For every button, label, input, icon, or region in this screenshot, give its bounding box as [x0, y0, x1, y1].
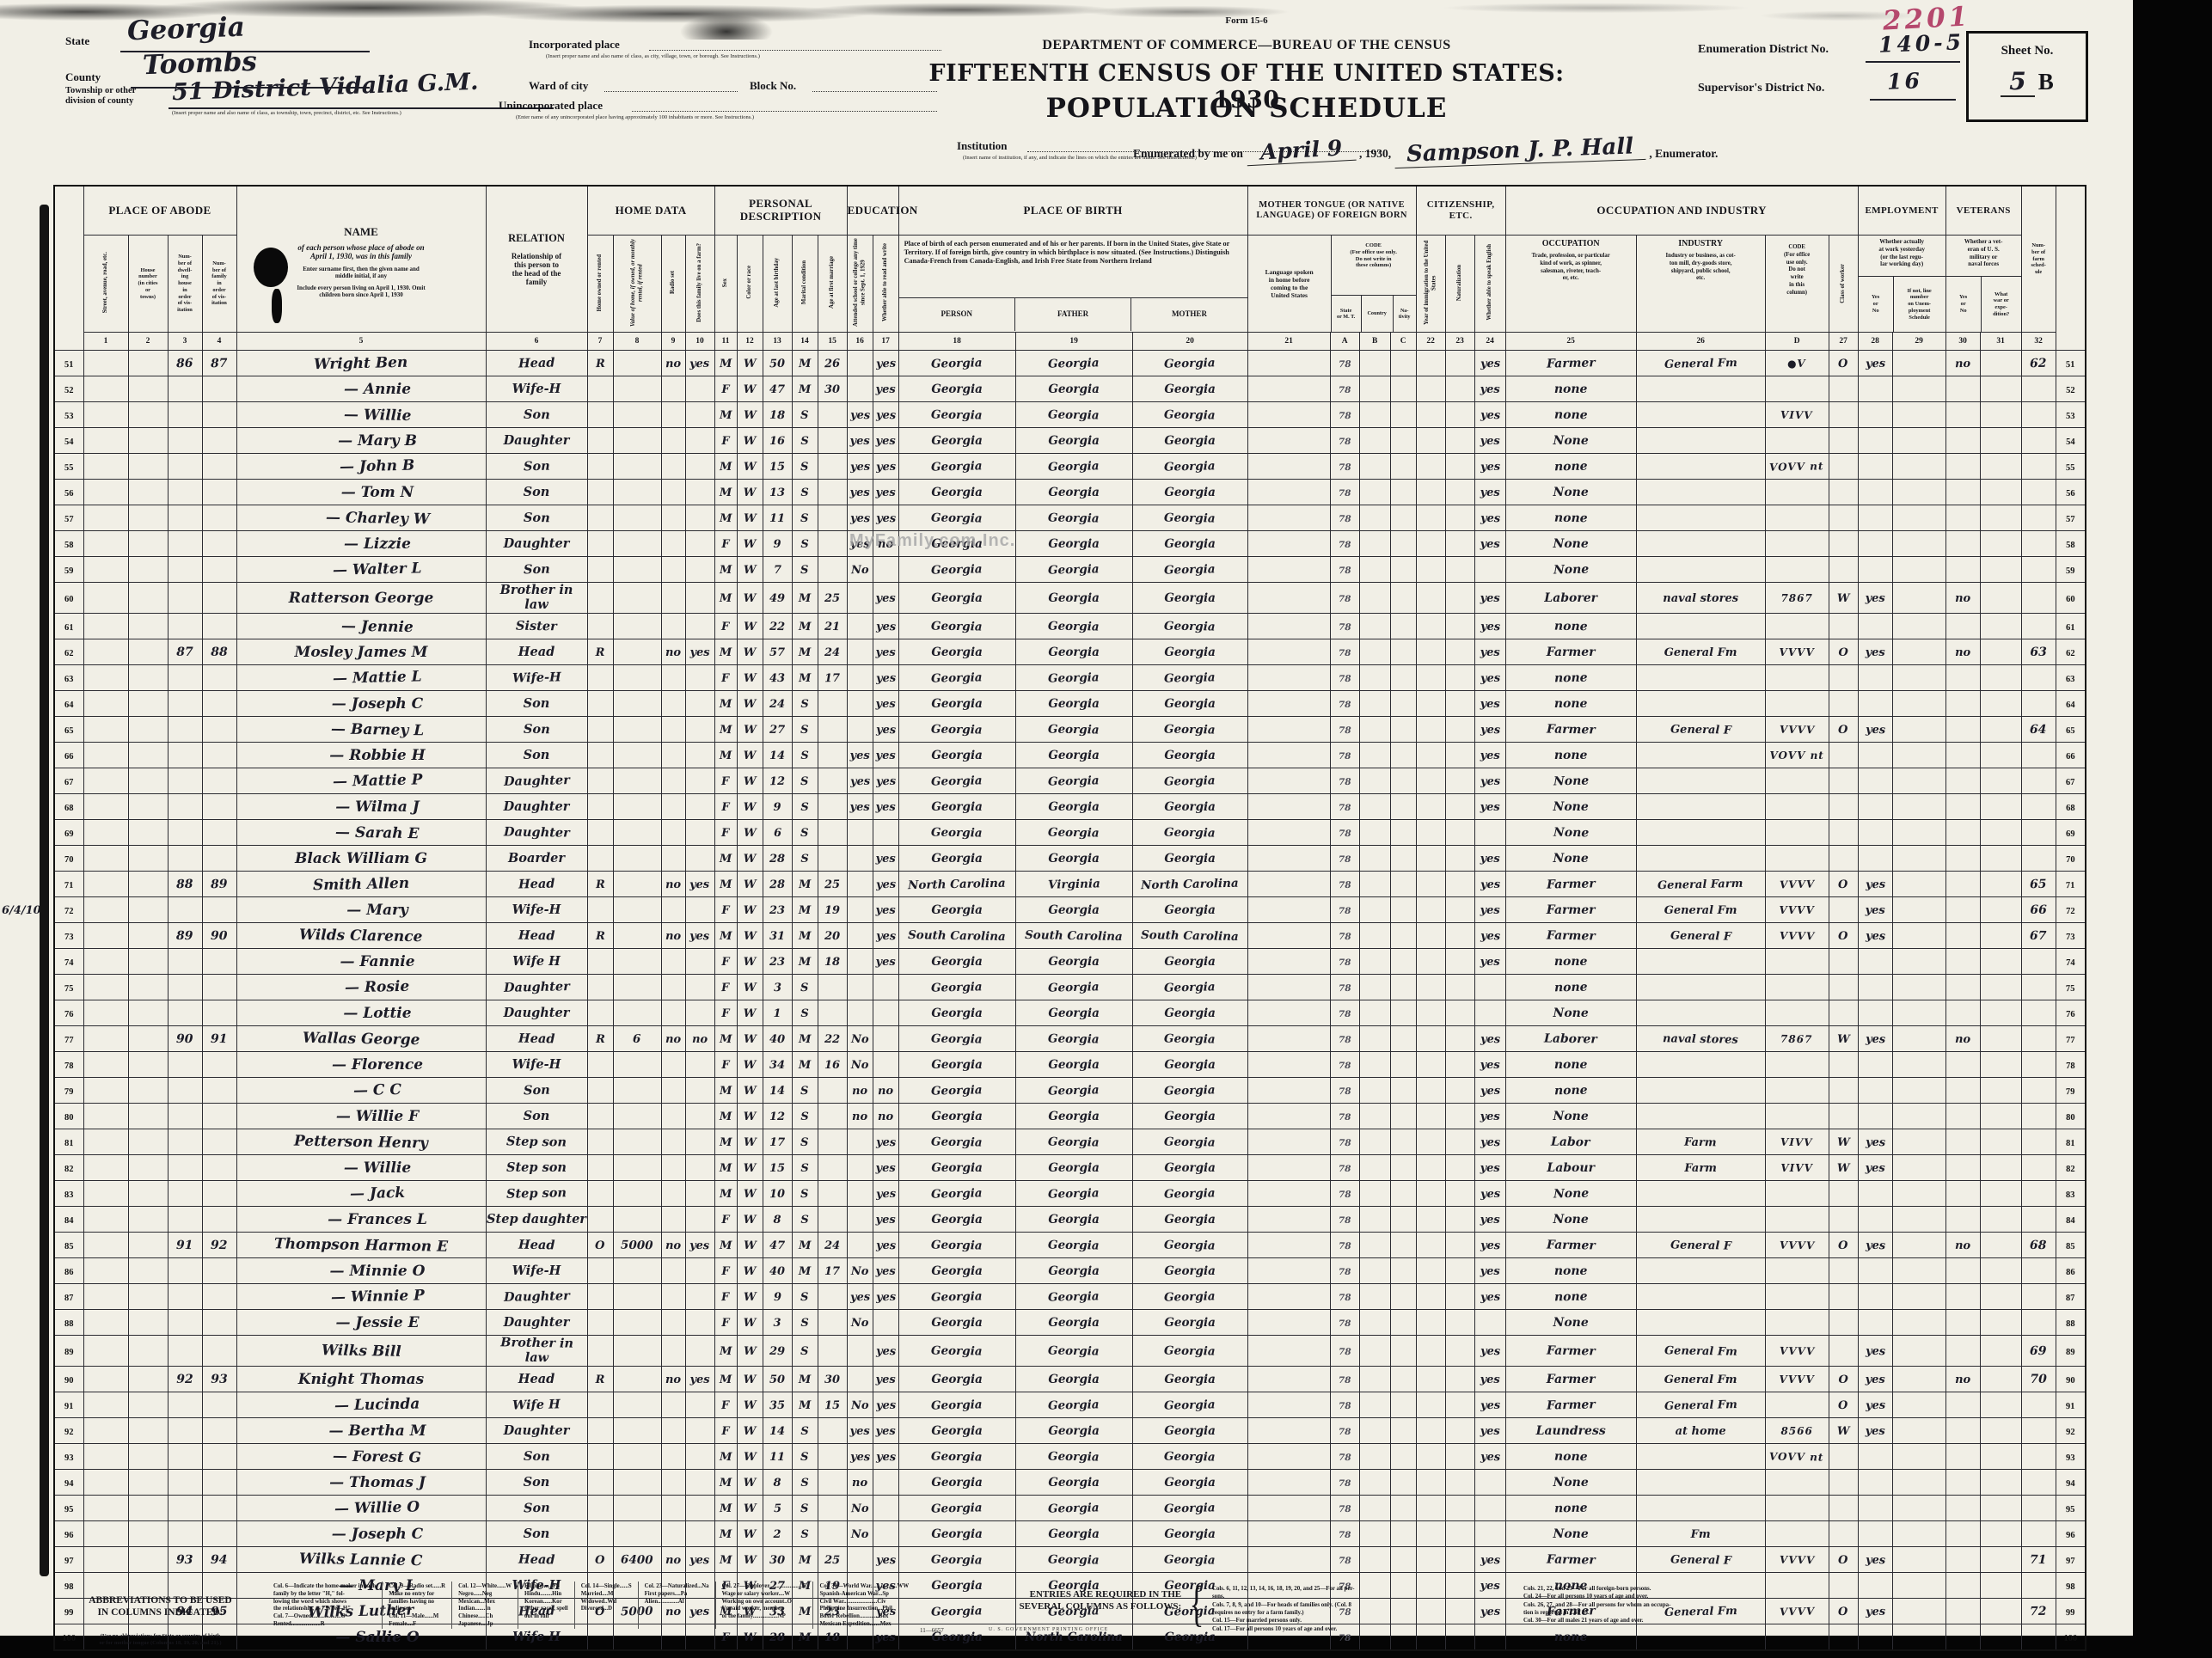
value-nm: — Walter L [300, 560, 422, 579]
cell-s2 [128, 820, 168, 846]
value-ag: 5 [773, 1502, 781, 1514]
cell-cw [1829, 1000, 1858, 1026]
value-rl: Daughter [504, 433, 570, 448]
cell-cn [1390, 975, 1416, 1000]
cell-cr: W [737, 1310, 763, 1336]
value-ms: S [800, 1162, 808, 1175]
cell-rl: Head [486, 1367, 587, 1392]
cell-bm: Georgia [1132, 505, 1247, 531]
column-number-4: 4 [202, 333, 236, 351]
value-in: General Fm [1664, 357, 1737, 371]
cell-cd [1765, 975, 1829, 1000]
cell-sc [847, 614, 873, 639]
cell-en: yes [1474, 1233, 1505, 1258]
cell-sx: M [714, 1336, 737, 1367]
column-code-a: State or M. T. [1332, 296, 1362, 332]
cell-vl [613, 1496, 661, 1521]
cell-cw [1829, 402, 1858, 428]
cell-cd: VOVV nt [1765, 454, 1829, 480]
cell-d [168, 1336, 202, 1367]
cell-em: yes [1858, 1418, 1892, 1444]
cell-ul [1892, 691, 1945, 717]
cell-fs [2021, 691, 2056, 717]
cell-oc: Laundress [1505, 1418, 1636, 1444]
value-ms: S [800, 1290, 809, 1303]
cell-vt [1945, 454, 1980, 480]
cell-rd: no [661, 923, 685, 949]
cell-cw [1829, 1104, 1858, 1129]
value-rw: yes [876, 1374, 896, 1386]
value-bp: Georgia [931, 1264, 983, 1278]
cell-d [168, 1258, 202, 1284]
cell-bp: Georgia [898, 1284, 1015, 1310]
cell-cn [1390, 531, 1416, 557]
value-fm: yes [689, 878, 709, 891]
cell-cw [1829, 1521, 1858, 1547]
cell-fs [2021, 743, 2056, 768]
cell-rl: Son [486, 1470, 587, 1496]
cell-cw [1829, 1078, 1858, 1104]
cell-cr: W [737, 820, 763, 846]
value-bf: South Carolina [1025, 928, 1123, 944]
value-ms: M [799, 878, 812, 890]
cell-in [1636, 505, 1765, 531]
cell-in [1636, 1078, 1765, 1104]
value-cr: W [744, 1007, 757, 1020]
value-en: yes [1480, 646, 1500, 659]
value-rl: Son [524, 696, 550, 711]
cell-yi [1416, 1155, 1445, 1181]
value-en: yes [1480, 1425, 1500, 1438]
cell-nt2 [1445, 531, 1474, 557]
cell-d [168, 1521, 202, 1547]
value-em: yes [1865, 1398, 1884, 1412]
cell-rw: yes [873, 743, 898, 768]
cell-n: 61 [54, 614, 83, 639]
value-sx: M [720, 357, 732, 370]
cell-cd: 7867 [1765, 583, 1829, 614]
cell-cd [1765, 794, 1829, 820]
value-sx: M [720, 723, 732, 736]
column-house-number: House number (in cities or towns) [128, 236, 168, 333]
cell-am [818, 794, 847, 820]
value-nm: Mosley James M [295, 644, 428, 661]
cell-ul [1892, 480, 1945, 505]
value-bp: Georgia [931, 591, 983, 605]
value-in: Fm [1691, 1528, 1711, 1541]
value-nm: — John B [307, 456, 415, 476]
cell-bp: Georgia [898, 1129, 1015, 1155]
cell-em [1858, 480, 1892, 505]
value-ms: S [800, 749, 808, 762]
cell-n: 97 [54, 1547, 83, 1573]
cell-in [1636, 1207, 1765, 1233]
value-nm: — Thomas J [297, 1474, 426, 1491]
value-n2: 100 [2064, 1634, 2078, 1643]
cell-s2 [128, 1258, 168, 1284]
value-en: yes [1480, 1110, 1500, 1123]
cell-fm [685, 897, 714, 923]
value-bm: Georgia [1164, 1501, 1216, 1515]
cell-n2: 93 [2056, 1444, 2086, 1470]
value-cr: W [744, 723, 757, 736]
cell-rd [661, 743, 685, 768]
cell-n2: 92 [2056, 1418, 2086, 1444]
cell-bp: Georgia [898, 1496, 1015, 1521]
cell-rd [661, 1444, 685, 1470]
cell-cc [1359, 1078, 1390, 1104]
block-label: Block No. [750, 79, 796, 93]
cell-rw [873, 1000, 898, 1026]
value-rd: no [665, 878, 681, 890]
cell-sc: yes [847, 768, 873, 794]
cell-vl [613, 949, 661, 975]
value-ag: 14 [769, 1425, 785, 1438]
cell-in: Farm [1636, 1129, 1765, 1155]
value-nm: — Willie [311, 1159, 411, 1177]
cell-cb: 78 [1330, 1284, 1359, 1310]
entries-right: Cols. 21, 22, and 23—For all foreign-bor… [1520, 1582, 1823, 1625]
value-ms: S [800, 1187, 809, 1200]
cell-s2 [128, 1207, 168, 1233]
cell-cr: W [737, 1129, 763, 1155]
cell-in: General Fm [1636, 1336, 1765, 1367]
cell-f [202, 1444, 236, 1470]
value-n: 71 [64, 880, 74, 890]
column-number-30: 30 [1945, 333, 1980, 351]
cell-n2: 76 [2056, 1000, 2086, 1026]
cell-fm [685, 665, 714, 691]
value-bf: Georgia [1048, 903, 1100, 917]
cell-rd [661, 454, 685, 480]
value-n: 54 [64, 437, 74, 447]
cell-d: 86 [168, 351, 202, 376]
cell-sx: M [714, 872, 737, 897]
value-bm: Georgia [1164, 619, 1216, 633]
value-bp: Georgia [931, 486, 983, 499]
cell-ag: 16 [763, 428, 792, 454]
value-nm: — Jack [317, 1184, 406, 1202]
cell-cn [1390, 402, 1416, 428]
cell-en: yes [1474, 665, 1505, 691]
cell-bm: Georgia [1132, 402, 1247, 428]
value-sx: F [721, 671, 730, 684]
value-am: 30 [824, 1374, 840, 1386]
cell-in [1636, 1310, 1765, 1336]
cell-ul [1892, 1310, 1945, 1336]
cell-rd [661, 1336, 685, 1367]
cell-n2: 72 [2056, 897, 2086, 923]
unincorporated-note: (Enter name of any unincorporated place … [516, 114, 920, 120]
column-number-13: 13 [763, 333, 792, 351]
cell-rw: yes [873, 949, 898, 975]
value-oc: None [1553, 1186, 1589, 1201]
cell-yi [1416, 1258, 1445, 1284]
cell-bm: North Carolina [1132, 872, 1247, 897]
value-cb: 78 [1339, 776, 1351, 786]
value-ag: 23 [769, 956, 785, 969]
value-bp: Georgia [931, 1527, 983, 1541]
value-sx: F [721, 1265, 729, 1278]
cell-f [202, 1181, 236, 1207]
cell-n2: 83 [2056, 1181, 2086, 1207]
cell-fm [685, 1392, 714, 1418]
value-bf: Georgia [1048, 800, 1100, 814]
cell-cn [1390, 691, 1416, 717]
cell-em [1858, 794, 1892, 820]
value-cb: 78 [1339, 1318, 1351, 1329]
cell-ul [1892, 1233, 1945, 1258]
cell-sc: No [847, 1496, 873, 1521]
cell-bp: Georgia [898, 1418, 1015, 1444]
value-cd: VIVV [1780, 1135, 1813, 1148]
census-row-line-60: 60Ratterson GeorgeBrother in lawMW49M25y… [54, 583, 2086, 614]
value-cw: O [1838, 1398, 1848, 1411]
cell-rl: Daughter [486, 1000, 587, 1026]
cell-vt [1945, 531, 1980, 557]
cell-cw: O [1829, 1233, 1858, 1258]
value-rw: yes [876, 1214, 896, 1227]
cell-vt [1945, 897, 1980, 923]
cell-sx: F [714, 897, 737, 923]
value-oc: none [1554, 619, 1588, 633]
cell-sx: M [714, 402, 737, 428]
cell-vt [1945, 846, 1980, 872]
value-cr: W [744, 1135, 757, 1148]
cell-rl: Son [486, 480, 587, 505]
value-en: yes [1480, 904, 1500, 917]
cell-bf: Georgia [1015, 428, 1132, 454]
cell-wr [1980, 402, 2021, 428]
cell-am: 25 [818, 872, 847, 897]
cell-sc [847, 1129, 873, 1155]
cell-bf: Georgia [1015, 1000, 1132, 1026]
cell-nm: Ratterson George [236, 583, 486, 614]
cell-yi [1416, 1521, 1445, 1547]
value-n: 64 [64, 701, 74, 710]
census-row-line-89: 89Wilks BillBrother in lawMW29SyesGeorgi… [54, 1336, 2086, 1367]
cell-em: yes [1858, 583, 1892, 614]
code-abc-label: CODE (For office use only. Do not write … [1332, 236, 1416, 295]
cell-bm: Georgia [1132, 428, 1247, 454]
value-sx: M [720, 1084, 732, 1097]
value-rw: yes [875, 774, 895, 788]
cell-cr: W [737, 1052, 763, 1078]
value-vt: no [1955, 1239, 1970, 1251]
value-bm: Georgia [1164, 486, 1216, 499]
cell-cc [1359, 376, 1390, 402]
cell-lg [1247, 1336, 1330, 1367]
cell-rw: yes [873, 428, 898, 454]
cell-bp: Georgia [898, 846, 1015, 872]
value-bp: Georgia [931, 722, 983, 737]
value-sx: M [720, 929, 732, 942]
cell-sx: F [714, 1052, 737, 1078]
cell-en: yes [1474, 897, 1505, 923]
cell-rw: yes [873, 665, 898, 691]
cell-en [1474, 1000, 1505, 1026]
value-n: 95 [64, 1504, 74, 1514]
cell-ms: S [792, 480, 818, 505]
cell-bp: Georgia [898, 1547, 1015, 1573]
value-ms: M [799, 620, 812, 633]
cell-ul [1892, 1258, 1945, 1284]
value-cd: 7867 [1780, 592, 1812, 604]
cell-vl [613, 639, 661, 665]
cell-wr [1980, 1496, 2021, 1521]
cell-am [818, 1284, 847, 1310]
cell-f [202, 583, 236, 614]
value-in: General F [1670, 1239, 1731, 1252]
cell-am [818, 717, 847, 743]
cell-en: yes [1474, 1207, 1505, 1233]
cell-cd: VVVV [1765, 639, 1829, 665]
value-nm: Wilks Bill [321, 1342, 401, 1361]
cell-s2 [128, 531, 168, 557]
value-cr: W [744, 1398, 757, 1411]
cell-yi [1416, 1310, 1445, 1336]
cell-cb: 78 [1330, 351, 1359, 376]
value-bf: Georgia [1048, 749, 1100, 762]
cell-ag: 15 [763, 454, 792, 480]
cell-cb: 78 [1330, 949, 1359, 975]
value-en: yes [1480, 1290, 1499, 1304]
cell-en: yes [1474, 614, 1505, 639]
value-ag: 14 [769, 749, 785, 762]
cell-rl: Son [486, 557, 587, 583]
cell-oc: None [1505, 480, 1636, 505]
cell-fs [2021, 1078, 2056, 1104]
cell-oc: None [1505, 428, 1636, 454]
value-sx: M [720, 878, 732, 890]
cell-sx: M [714, 717, 737, 743]
cell-am [818, 1336, 847, 1367]
cell-s1 [83, 376, 128, 402]
value-cb: 78 [1339, 358, 1351, 369]
value-sx: M [720, 1374, 732, 1386]
cell-nt2 [1445, 1026, 1474, 1052]
value-oc: Farmer [1547, 1343, 1596, 1358]
value-oc: Farmer [1547, 1552, 1596, 1567]
value-bm: Georgia [1164, 800, 1216, 814]
cell-cw [1829, 949, 1858, 975]
cell-ag: 40 [763, 1026, 792, 1052]
cell-vl: 6 [613, 1026, 661, 1052]
cell-fs [2021, 1026, 2056, 1052]
cell-in [1636, 1052, 1765, 1078]
cell-lg [1247, 1233, 1330, 1258]
column-number-31: 31 [1980, 333, 2021, 351]
cell-cc [1359, 1444, 1390, 1470]
value-ms: S [800, 1502, 809, 1514]
value-f: 90 [211, 928, 228, 942]
cell-rl: Head [486, 351, 587, 376]
value-oc: None [1553, 562, 1589, 577]
cell-rl: Sister [486, 614, 587, 639]
value-n: 52 [64, 386, 74, 395]
value-ms: S [800, 460, 809, 473]
cell-cd [1765, 820, 1829, 846]
cell-rl: Step son [486, 1155, 587, 1181]
cell-em: yes [1858, 1129, 1892, 1155]
cell-cn [1390, 717, 1416, 743]
cell-s2 [128, 1181, 168, 1207]
cell-cn [1390, 1310, 1416, 1336]
value-nm: Knight Thomas [298, 1371, 425, 1388]
value-cb: 78 [1339, 700, 1351, 710]
cell-oc: None [1505, 1104, 1636, 1129]
cell-cc [1359, 1181, 1390, 1207]
cell-wr [1980, 897, 2021, 923]
group-employment: EMPLOYMENT [1858, 186, 1945, 236]
value-cw: O [1838, 1374, 1847, 1386]
value-rd: no [665, 929, 681, 942]
cell-vt [1945, 1392, 1980, 1418]
value-bm: Georgia [1164, 511, 1216, 525]
cell-f [202, 1284, 236, 1310]
value-bf: Georgia [1048, 1083, 1100, 1098]
cell-s1 [83, 583, 128, 614]
cell-sc: No [847, 1026, 873, 1052]
column-color-race: Color or race [737, 236, 763, 333]
cell-yi [1416, 1181, 1445, 1207]
cell-n2: 84 [2056, 1207, 2086, 1233]
cell-n2: 87 [2056, 1284, 2086, 1310]
value-oc: Farmer [1547, 928, 1596, 943]
cell-cn [1390, 557, 1416, 583]
cell-am [818, 557, 847, 583]
value-ag: 40 [769, 1265, 785, 1278]
cell-bp: Georgia [898, 1367, 1015, 1392]
cell-en: yes [1474, 1547, 1505, 1573]
cell-nm: Wright Ben [236, 351, 486, 376]
value-vt: no [1955, 646, 1970, 659]
value-rw: yes [876, 1265, 896, 1278]
abbreviations-title: ABBREVIATIONS TO BE USED IN COLUMNS INDI… [59, 1595, 261, 1619]
cell-cn [1390, 897, 1416, 923]
cell-in [1636, 665, 1765, 691]
cell-cd [1765, 480, 1829, 505]
cell-cw: O [1829, 639, 1858, 665]
cell-cw [1829, 1284, 1858, 1310]
cell-fs [2021, 1104, 2056, 1129]
cell-nm: — Jessie E [236, 1310, 486, 1336]
value-ag: 50 [769, 1374, 785, 1386]
value-cr: W [744, 1214, 757, 1227]
sd-value: 16 [1887, 68, 1923, 94]
cell-d [168, 665, 202, 691]
cell-lg [1247, 846, 1330, 872]
value-n: 91 [64, 1401, 74, 1410]
cell-bp: Georgia [898, 975, 1015, 1000]
cell-bm: Georgia [1132, 639, 1247, 665]
cell-n2: 66 [2056, 743, 2086, 768]
cell-rd [661, 1129, 685, 1155]
cell-bf: Georgia [1015, 351, 1132, 376]
cell-cr: W [737, 872, 763, 897]
cell-s1 [83, 1310, 128, 1336]
county-value: Toombs [142, 46, 257, 82]
value-rl: Daughter [503, 824, 569, 840]
census-row-line-55: 55— John BSonMW15SyesyesGeorgiaGeorgiaGe… [54, 454, 2086, 480]
cell-rw: yes [873, 583, 898, 614]
cell-s2 [128, 1496, 168, 1521]
cell-n2: 54 [2056, 428, 2086, 454]
cell-d [168, 583, 202, 614]
cell-fs [2021, 1155, 2056, 1181]
cell-nt2 [1445, 897, 1474, 923]
value-sx: F [721, 904, 729, 917]
